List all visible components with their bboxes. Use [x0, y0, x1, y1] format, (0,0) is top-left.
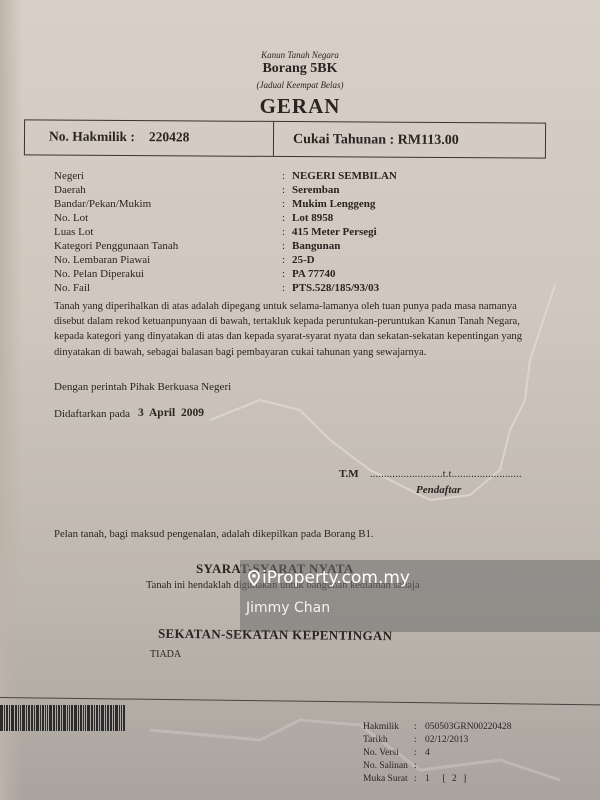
footer-value: 1 [ 2 ] — [425, 774, 466, 784]
barcode-bar — [91, 705, 93, 731]
barcode-bar — [22, 705, 25, 731]
barcode-bar — [6, 705, 8, 731]
barcode-bar — [58, 705, 60, 731]
watermark-logo: iProperty.com.my — [248, 568, 410, 588]
barcode-bar — [34, 705, 35, 731]
barcode-bar — [110, 705, 112, 731]
field-label: Negeri — [54, 170, 84, 182]
title-box-divider — [273, 122, 274, 156]
field-value: Bangunan — [292, 240, 340, 252]
field-value: Mukim Lenggeng — [292, 198, 375, 210]
barcode-bar — [69, 705, 70, 731]
schedule-note: (Jadual Keempat Belas) — [0, 80, 600, 90]
barcode-bar — [11, 705, 14, 731]
field-colon: : — [282, 240, 285, 252]
barcode-bar — [67, 705, 68, 731]
location-pin-icon — [248, 570, 260, 586]
tm-label: T.M — [339, 468, 359, 480]
barcode-bar — [78, 705, 79, 731]
barcode-bar — [99, 705, 100, 731]
barcode-bar — [71, 705, 73, 731]
field-value: NEGERI SEMBILAN — [292, 170, 397, 182]
field-value: 415 Meter Persegi — [292, 226, 377, 238]
hakmilik-label: No. Hakmilik : — [49, 129, 135, 145]
paragraph-line: Tanah yang diperihalkan di atas adalah d… — [54, 299, 574, 314]
barcode-bar — [121, 705, 122, 731]
barcode-bar — [94, 705, 95, 731]
barcode-bar — [26, 705, 27, 731]
barcode-bar — [53, 705, 55, 731]
cukai-value: RM113.00 — [398, 133, 459, 148]
barcode-bar — [107, 705, 109, 731]
annual-tax: Cukai Tahunan : RM113.00 — [293, 132, 459, 149]
barcode-bar — [80, 705, 82, 731]
barcode-bar — [49, 705, 52, 731]
plan-note: Pelan tanah, bagi maksud pengenalan, ada… — [54, 528, 374, 540]
hakmilik-value: 220428 — [149, 129, 190, 144]
footer-label: No. Salinan — [363, 761, 408, 771]
field-colon: : — [282, 254, 285, 266]
barcode-bar — [101, 705, 104, 731]
field-value: PA 77740 — [292, 268, 336, 280]
barcode-bar — [31, 705, 33, 731]
footer-colon: : — [414, 761, 417, 771]
signature-line: ..........................t.t...........… — [370, 469, 522, 480]
field-label: No. Lot — [54, 212, 88, 224]
field-label: Luas Lot — [54, 226, 93, 238]
field-colon: : — [282, 198, 285, 210]
field-value: Lot 8958 — [292, 212, 333, 224]
barcode-bar — [113, 705, 114, 731]
barcode-bar — [105, 705, 106, 731]
restrictions-text: TIADA — [150, 649, 181, 660]
barcode-bar — [56, 705, 57, 731]
barcode-bar — [4, 705, 5, 731]
barcode-bar — [15, 705, 17, 731]
footer-colon: : — [414, 748, 417, 758]
footer-value: 050503GRN00220428 — [425, 722, 512, 732]
registrar-title: Pendaftar — [416, 484, 461, 496]
barcode-bar — [83, 705, 84, 731]
footer-value: 02/12/2013 — [425, 735, 468, 745]
cukai-label: Cukai Tahunan : — [293, 132, 394, 148]
footer-label: Tarikh — [363, 735, 388, 745]
footer-colon: : — [414, 735, 417, 745]
footer-label: Hakmilik — [363, 722, 399, 732]
field-label: Daerah — [54, 184, 86, 196]
hakmilik-number: No. Hakmilik :220428 — [49, 129, 189, 146]
field-value: 25-D — [292, 254, 315, 266]
barcode-bar — [18, 705, 19, 731]
barcode-bar — [63, 705, 66, 731]
field-colon: : — [282, 184, 285, 196]
barcode-bar — [74, 705, 77, 731]
field-label: No. Pelan Diperakui — [54, 268, 144, 280]
document-title: GERAN — [0, 94, 600, 119]
paragraph-line: dinyatakan di bawah, sebagai balasan bag… — [54, 345, 574, 360]
barcode-bar — [40, 705, 41, 731]
barcode-bar — [42, 705, 44, 731]
registration-date: 3 April 2009 — [138, 407, 204, 419]
form-number: Borang 5BK — [0, 61, 600, 77]
field-colon: : — [282, 212, 285, 224]
page-edge-shadow — [0, 0, 22, 800]
field-value: PTS.528/185/93/03 — [292, 282, 379, 294]
field-colon: : — [282, 226, 285, 238]
barcode-bar — [45, 705, 46, 731]
act-name: Kanun Tanah Negara — [0, 50, 600, 60]
barcode-bar — [61, 705, 62, 731]
watermark-site: iProperty.com.my — [262, 568, 410, 588]
field-colon: : — [282, 268, 285, 280]
field-colon: : — [282, 282, 285, 294]
barcode — [0, 705, 168, 731]
field-label: No. Lembaran Piawai — [54, 254, 150, 266]
barcode-bar — [28, 705, 30, 731]
footer-colon: : — [414, 722, 417, 732]
barcode-bar — [96, 705, 98, 731]
field-colon: : — [282, 170, 285, 182]
title-summary-box: No. Hakmilik :220428 Cukai Tahunan : RM1… — [24, 119, 546, 158]
footer-value: 4 — [425, 748, 430, 758]
barcode-bar — [87, 705, 90, 731]
field-label: No. Fail — [54, 282, 90, 294]
registration-label: Didaftarkan pada — [54, 408, 130, 420]
barcode-bar — [20, 705, 21, 731]
watermark-agent: Jimmy Chan — [246, 600, 330, 616]
restrictions-title: SEKATAN-SEKATAN KEPENTINGAN — [158, 626, 392, 644]
tenure-paragraph: Tanah yang diperihalkan di atas adalah d… — [54, 299, 574, 360]
barcode-bar — [36, 705, 39, 731]
barcode-bar — [119, 705, 120, 731]
field-value: Seremban — [292, 184, 339, 196]
field-label: Bandar/Pekan/Mukim — [54, 198, 151, 210]
footer-label: No. Versi — [363, 748, 399, 758]
barcode-bar — [85, 705, 86, 731]
barcode-bar — [123, 705, 125, 731]
authority-line: Dengan perintah Pihak Berkuasa Negeri — [54, 381, 231, 393]
barcode-bar — [0, 705, 3, 731]
footer-colon: : — [414, 774, 417, 784]
paragraph-line: disebut dalam rekod ketuanpunyaan di baw… — [54, 314, 574, 329]
paragraph-line: kepada kategori yang dinyatakan di atas … — [54, 329, 574, 344]
field-label: Kategori Penggunaan Tanah — [54, 240, 178, 252]
barcode-bar — [9, 705, 10, 731]
footer-label: Muka Surat — [363, 774, 408, 784]
barcode-bar — [47, 705, 48, 731]
barcode-bar — [115, 705, 118, 731]
